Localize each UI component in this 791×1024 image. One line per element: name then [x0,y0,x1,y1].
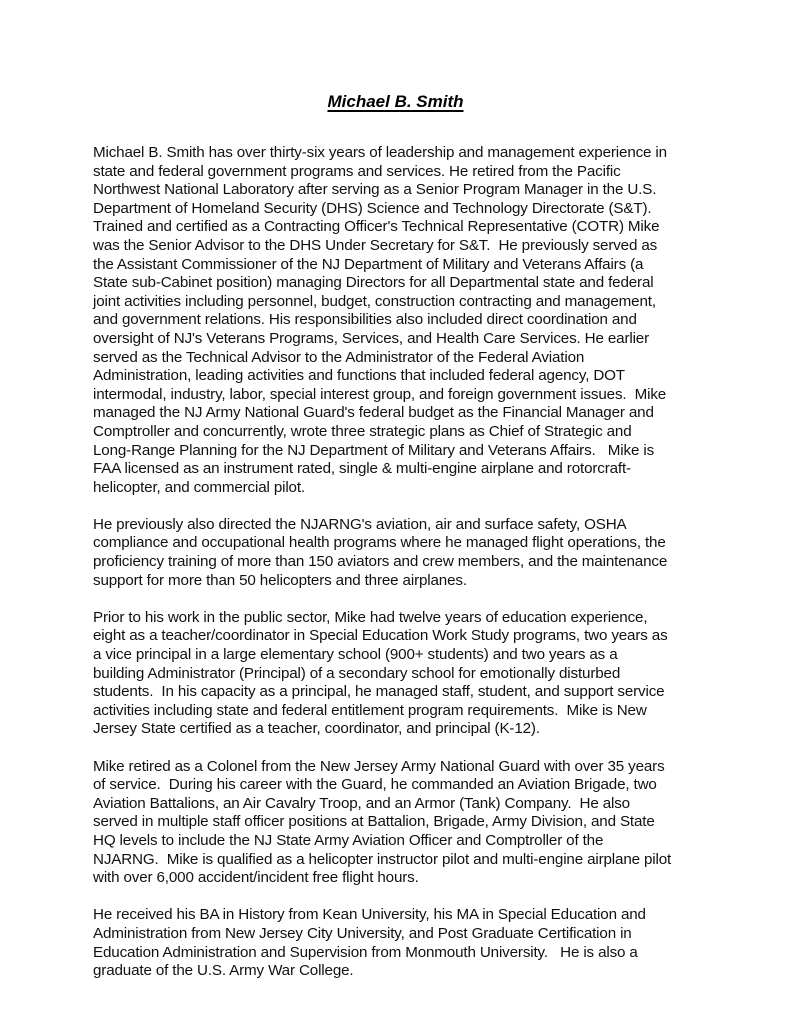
text-line: support for more than 50 helicopters and… [93,572,733,591]
text-line: Long-Range Planning for the NJ Departmen… [93,442,733,461]
text-line: activities including state and federal e… [93,702,733,721]
paragraph-education-experience: Prior to his work in the public sector, … [93,609,733,739]
text-line: a vice principal in a large elementary s… [93,646,733,665]
text-line: HQ levels to include the NJ State Army A… [93,832,733,851]
text-line: of service. During his career with the G… [93,776,733,795]
text-line: oversight of NJ's Veterans Programs, Ser… [93,330,733,349]
document-page: Michael B. Smith Michael B. Smith has ov… [0,0,791,1024]
text-line: He previously also directed the NJARNG's… [93,516,733,535]
text-line: served in multiple staff officer positio… [93,813,733,832]
text-line: Education Administration and Supervision… [93,944,733,963]
text-line: students. In his capacity as a principal… [93,683,733,702]
text-line: compliance and occupational health progr… [93,534,733,553]
text-line: Trained and certified as a Contracting O… [93,218,733,237]
text-line: with over 6,000 accident/incident free f… [93,869,733,888]
paragraph-career-summary: Michael B. Smith has over thirty-six yea… [93,144,733,497]
text-line: intermodal, industry, labor, special int… [93,386,733,405]
paragraph-aviation-safety: He previously also directed the NJARNG's… [93,516,733,590]
text-line: Department of Homeland Security (DHS) Sc… [93,200,733,219]
text-line: managed the NJ Army National Guard's fed… [93,404,733,423]
text-line: State sub-Cabinet position) managing Dir… [93,274,733,293]
paragraph-military-service: Mike retired as a Colonel from the New J… [93,758,733,888]
text-line: Jersey State certified as a teacher, coo… [93,720,733,739]
text-line: Aviation Battalions, an Air Cavalry Troo… [93,795,733,814]
text-line: Prior to his work in the public sector, … [93,609,733,628]
text-line: Administration, leading activities and f… [93,367,733,386]
text-line: joint activities including personnel, bu… [93,293,733,312]
text-line: and government relations. His responsibi… [93,311,733,330]
page-title: Michael B. Smith [0,92,791,112]
text-line: NJARNG. Mike is qualified as a helicopte… [93,851,733,870]
text-line: Northwest National Laboratory after serv… [93,181,733,200]
text-line: was the Senior Advisor to the DHS Under … [93,237,733,256]
text-line: eight as a teacher/coordinator in Specia… [93,627,733,646]
text-line: Comptroller and concurrently, wrote thre… [93,423,733,442]
text-line: graduate of the U.S. Army War College. [93,962,733,981]
paragraph-academic-degrees: He received his BA in History from Kean … [93,906,733,980]
text-line: building Administrator (Principal) of a … [93,665,733,684]
text-line: proficiency training of more than 150 av… [93,553,733,572]
text-line: Mike retired as a Colonel from the New J… [93,758,733,777]
text-line: state and federal government programs an… [93,163,733,182]
text-line: FAA licensed as an instrument rated, sin… [93,460,733,479]
text-line: the Assistant Commissioner of the NJ Dep… [93,256,733,275]
text-line: helicopter, and commercial pilot. [93,479,733,498]
text-line: He received his BA in History from Kean … [93,906,733,925]
text-line: Administration from New Jersey City Univ… [93,925,733,944]
document-body: Michael B. Smith has over thirty-six yea… [93,144,733,999]
text-line: served as the Technical Advisor to the A… [93,349,733,368]
text-line: Michael B. Smith has over thirty-six yea… [93,144,733,163]
